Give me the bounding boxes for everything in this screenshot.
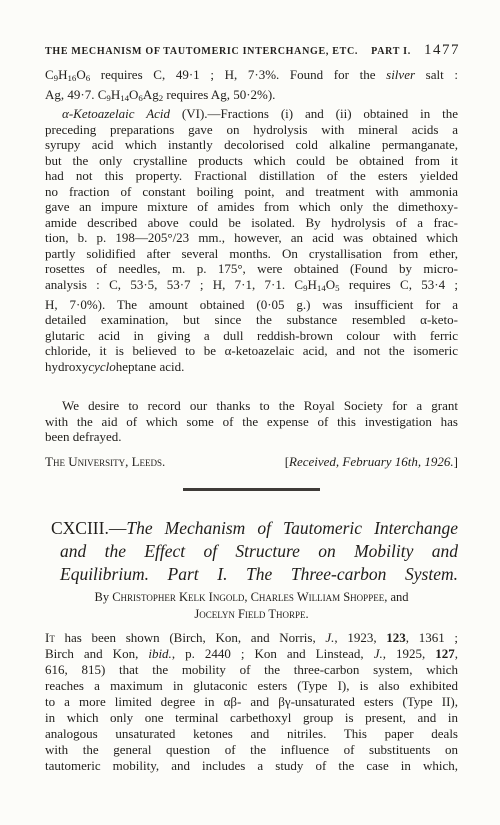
running-header: THE MECHANISM OF TAUTOMERIC INTERCHANGE,…: [45, 42, 460, 59]
text-line: chloride, it is believed to be α-ketoaze…: [45, 343, 458, 359]
text-line: hydroxycycloheptane acid.: [45, 359, 458, 375]
text-line: Jocelyn Field Thorpe.: [45, 606, 458, 623]
text-line: rosettes of needles, m. p. 175°, were ob…: [45, 261, 458, 277]
article-byline: By Christopher Kelk Ingold, Charles Will…: [45, 589, 458, 623]
text-line: CXCIII.—The Mechanism of Tautomeric Inte…: [45, 517, 458, 540]
text-line: We desire to record our thanks to the Ro…: [45, 398, 458, 414]
text-line: reaches a maximum in glutaconic esters (…: [45, 678, 458, 694]
text-line: no fraction of constant boiling point, a…: [45, 184, 458, 200]
text-line: C9H16O6 requires C, 49·1 ; H, 7·3%. Foun…: [45, 67, 458, 87]
text-line: preceding preparations gave on hydrolysi…: [45, 122, 458, 138]
text-line: but the only crystalline products which …: [45, 153, 458, 169]
text-line: syrupy acid which instantly decolorised …: [45, 137, 458, 153]
institution-name: The University, Leeds.: [45, 454, 165, 470]
text-line: Birch and Kon, ibid., p. 2440 ; Kon and …: [45, 646, 458, 662]
paragraph-analysis-continuation: C9H16O6 requires C, 49·1 ; H, 7·3%. Foun…: [45, 67, 458, 106]
received-date-text: Received, February 16th, 1926.: [289, 454, 454, 469]
section-divider-rule: [183, 488, 320, 491]
text-line: gave an impure mixture of amides from wh…: [45, 199, 458, 215]
text-line: been defrayed.: [45, 429, 458, 445]
paragraph-introduction: It has been shown (Birch, Kon, and Norri…: [45, 630, 458, 774]
paragraph-ketoazelaic-acid: α-Ketoazelaic Acid (VI).—Fractions (i) a…: [45, 106, 458, 374]
text-line: glutaric acid in giving a dull reddish-b…: [45, 328, 458, 344]
signature-row: The University, Leeds. [Received, Februa…: [45, 454, 458, 470]
text-line: analysis : C, 53·5, 53·7 ; H, 7·1, 7·1. …: [45, 277, 458, 297]
page-number: 1477: [424, 42, 460, 59]
text-line: partly solidified after several months. …: [45, 246, 458, 262]
text-line: Equilibrium. Part I. The Three-carbon Sy…: [45, 563, 458, 586]
text-line: and the Effect of Structure on Mobility …: [45, 540, 458, 563]
paragraph-acknowledgement: We desire to record our thanks to the Ro…: [45, 398, 458, 445]
text-line: tion, b. p. 198—205°/23 mm., however, an…: [45, 230, 458, 246]
text-line: It has been shown (Birch, Kon, and Norri…: [45, 630, 458, 646]
text-line: with the aid of which some of the expens…: [45, 414, 458, 430]
received-close-bracket: ]: [454, 454, 458, 469]
running-title: THE MECHANISM OF TAUTOMERIC INTERCHANGE,…: [45, 46, 358, 57]
text-line: analogous unsaturated ketones and nitril…: [45, 726, 458, 742]
part-label: PART I.: [371, 46, 411, 57]
text-line: had not this property. Fractional distil…: [45, 168, 458, 184]
journal-page: THE MECHANISM OF TAUTOMERIC INTERCHANGE,…: [0, 0, 500, 825]
text-line: 616, 815) that the mobility of the three…: [45, 662, 458, 678]
text-line: detailed examination, but since the subs…: [45, 312, 458, 328]
text-line: with the general question of the influen…: [45, 742, 458, 758]
text-line: to a more limited degree in αβ- and βγ-u…: [45, 694, 458, 710]
text-line: amide described above could be isolated.…: [45, 215, 458, 231]
received-note: [Received, February 16th, 1926.]: [285, 454, 458, 470]
text-line: tautomeric mobility, and includes a stud…: [45, 758, 458, 774]
text-line: H, 7·0%). The amount obtained (0·05 g.) …: [45, 297, 458, 313]
text-line: α-Ketoazelaic Acid (VI).—Fractions (i) a…: [45, 106, 458, 122]
page-content: C9H16O6 requires C, 49·1 ; H, 7·3%. Foun…: [45, 67, 458, 774]
text-line: in which only one terminal carbethoxyl g…: [45, 710, 458, 726]
article-title: CXCIII.—The Mechanism of Tautomeric Inte…: [45, 517, 458, 586]
text-line: By Christopher Kelk Ingold, Charles Will…: [45, 589, 458, 606]
text-line: Ag, 49·7. C9H14O6Ag2 requires Ag, 50·2%)…: [45, 87, 458, 107]
